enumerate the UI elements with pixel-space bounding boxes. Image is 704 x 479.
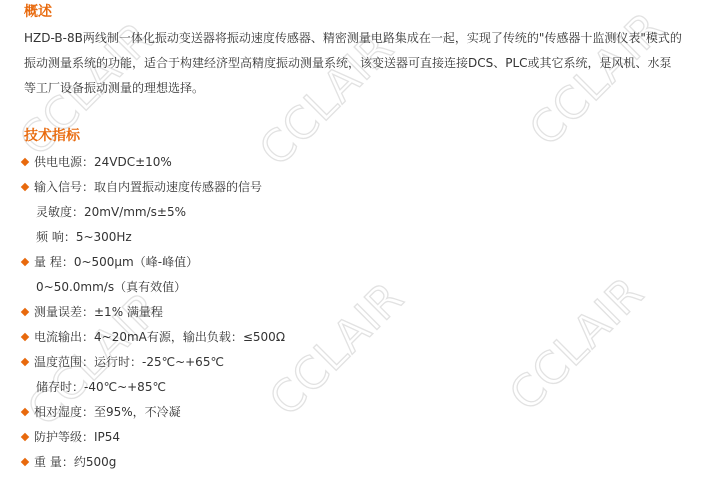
spec-text: 储存时：-40℃~+85℃ bbox=[36, 380, 166, 394]
spec-text: 测量误差：±1% 满量程 bbox=[34, 305, 163, 319]
diamond-bullet-icon bbox=[21, 258, 29, 266]
spec-item-range-rms: 0~50.0mm/s（真有效值） bbox=[20, 275, 285, 300]
spec-item-temperature-range: 温度范围：运行时：-25℃~+65℃ bbox=[20, 350, 285, 375]
spec-text: 重 量：约500g bbox=[34, 455, 116, 469]
spec-item-weight: 重 量：约500g bbox=[20, 450, 285, 475]
spec-text: 电流输出：4~20mA有源，输出负载：≤500Ω bbox=[34, 330, 285, 344]
spec-text: 供电电源：24VDC±10% bbox=[34, 155, 172, 169]
spec-item-frequency-response: 频 响：5~300Hz bbox=[20, 225, 285, 250]
overview-line: 等工厂设备振动测量的理想选择。 bbox=[24, 76, 696, 101]
watermark: CCLAIR bbox=[500, 267, 654, 421]
spec-text: 输入信号：取自内置振动速度传感器的信号 bbox=[34, 180, 262, 194]
diamond-bullet-icon bbox=[21, 433, 29, 441]
spec-item-current-output: 电流输出：4~20mA有源，输出负载：≤500Ω bbox=[20, 325, 285, 350]
overview-line: 振动测量系统的功能，适合于构建经济型高精度振动测量系统，该变送器可直接连接DCS… bbox=[24, 51, 696, 76]
spec-item-protection-class: 防护等级：IP54 bbox=[20, 425, 285, 450]
diamond-bullet-icon bbox=[21, 408, 29, 416]
spec-text: 量 程：0~500μm（峰-峰值） bbox=[34, 255, 198, 269]
spec-item-storage-temperature: 储存时：-40℃~+85℃ bbox=[20, 375, 285, 400]
spec-item-measurement-error: 测量误差：±1% 满量程 bbox=[20, 300, 285, 325]
spec-item-power-supply: 供电电源：24VDC±10% bbox=[20, 150, 285, 175]
overview-line: HZD-B-8B两线制一体化振动变送器将振动速度传感器、精密测量电路集成在一起，… bbox=[24, 26, 696, 51]
spec-item-range: 量 程：0~500μm（峰-峰值） bbox=[20, 250, 285, 275]
overview-heading: 概述 bbox=[24, 3, 52, 21]
spec-item-input-signal: 输入信号：取自内置振动速度传感器的信号 bbox=[20, 175, 285, 200]
spec-text: 防护等级：IP54 bbox=[34, 430, 120, 444]
spec-text: 频 响：5~300Hz bbox=[36, 230, 132, 244]
diamond-bullet-icon bbox=[21, 333, 29, 341]
diamond-bullet-icon bbox=[21, 158, 29, 166]
spec-text: 0~50.0mm/s（真有效值） bbox=[36, 280, 186, 294]
spec-text: 温度范围：运行时：-25℃~+65℃ bbox=[34, 355, 224, 369]
spec-item-humidity: 相对湿度：至95%，不冷凝 bbox=[20, 400, 285, 425]
diamond-bullet-icon bbox=[21, 358, 29, 366]
spec-text: 灵敏度：20mV/mm/s±5% bbox=[36, 205, 186, 219]
spec-text: 相对湿度：至95%，不冷凝 bbox=[34, 405, 181, 419]
diamond-bullet-icon bbox=[21, 458, 29, 466]
spec-list: 供电电源：24VDC±10% 输入信号：取自内置振动速度传感器的信号 灵敏度：2… bbox=[20, 150, 285, 475]
overview-paragraph: HZD-B-8B两线制一体化振动变送器将振动速度传感器、精密测量电路集成在一起，… bbox=[24, 26, 696, 101]
spec-item-sensitivity: 灵敏度：20mV/mm/s±5% bbox=[20, 200, 285, 225]
diamond-bullet-icon bbox=[21, 183, 29, 191]
specs-heading: 技术指标 bbox=[24, 127, 80, 145]
diamond-bullet-icon bbox=[21, 308, 29, 316]
